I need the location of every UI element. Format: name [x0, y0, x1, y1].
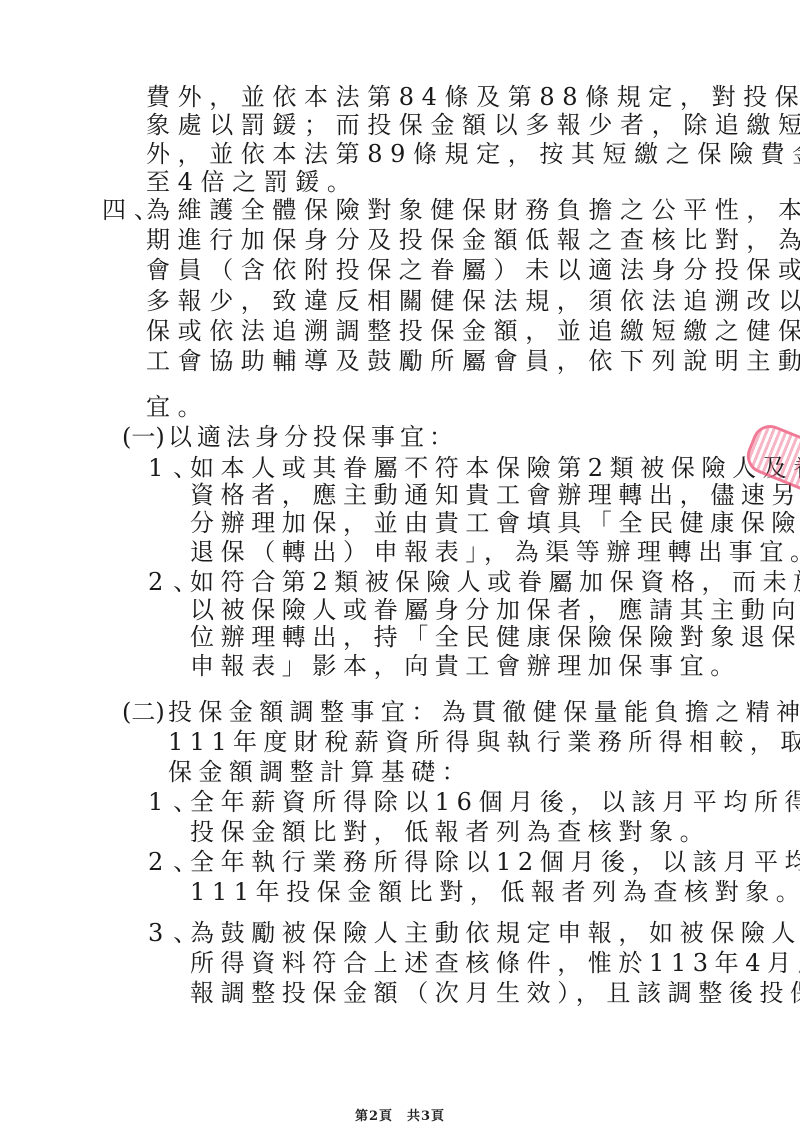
subsection-2-line: 111年度財稅薪資所得與執行業務所得相較，取大者為投 — [168, 727, 800, 757]
item-line: 分辦理加保，並由貴工會填具「全民健康保險保險對象 — [190, 508, 800, 538]
section-4-line: 保或依法追溯調整投保金額，並追繳短繳之健保費，敬請貴 — [146, 316, 800, 346]
section-4-line: 多報少，致違反相關健保法規，須依法追溯改以適法身分投 — [146, 286, 800, 316]
item-line: 以被保險人或眷屬身分加保者，應請其主動向原投保單 — [190, 595, 800, 625]
item-line: 報調整投保金額（次月生效），且該調整後投保金額不 — [190, 978, 800, 1008]
section-4-line: 工會協助輔導及鼓勵所屬會員，依下列說明主動辦理相關事 — [146, 346, 800, 376]
page-number-footer: 第2頁 共3頁 — [0, 1105, 800, 1124]
paragraph-line: 費外，並依本法第84條及第88條規定，對投保單位及保險對 — [146, 82, 800, 112]
subsection-2-label: (二) — [122, 697, 165, 727]
paragraph-line: 象處以罰鍰；而投保金額以多報少者，除追繳短繳之保險費 — [146, 110, 800, 140]
item-line: 申報表」影本，向貴工會辦理加保事宜。 — [190, 651, 741, 681]
paragraph-line: 至4倍之罰鍰。 — [146, 167, 358, 197]
item-line: 全年執行業務所得除以12個月後，以該月平均所得與 — [190, 847, 800, 877]
section-4-line: 會員（含依附投保之眷屬）未以適法身分投保或投保金額以 — [146, 255, 800, 285]
item-line: 為鼓勵被保險人主動依規定申報，如被保險人111年度 — [190, 918, 800, 948]
item-line: 投保金額比對，低報者列為查核對象。 — [190, 817, 710, 847]
item-line: 111年投保金額比對，低報者列為查核對象。 — [190, 877, 800, 907]
item-line: 如符合第2類被保險人或眷屬加保資格，而未於貴工會 — [190, 567, 800, 597]
section-4-line: 宜。 — [146, 392, 209, 422]
subsection-1-label: (一) — [122, 422, 165, 452]
item-line: 退保（轉出）申報表」，為渠等辦理轉出事宜。 — [190, 537, 800, 567]
section-4-line: 期進行加保身分及投保金額低報之查核比對，為避免貴工會 — [146, 225, 800, 255]
item-line: 資格者，應主動通知貴工會辦理轉出，儘速另以適法身 — [190, 480, 800, 510]
section-4-line: 為維護全體保險對象健保財務負擔之公平性，本署須依法定 — [146, 195, 800, 225]
subsection-1-title: 以適法身分投保事宜： — [168, 422, 458, 452]
item-line: 所得資料符合上述查核條件，惟於113年4月底前主動申 — [190, 948, 800, 978]
paragraph-line: 外，並依本法第89條規定，按其短繳之保險費金額處以2倍 — [146, 139, 800, 169]
item-line: 如本人或其眷屬不符本保險第2類被保險人及眷屬加保 — [190, 453, 800, 483]
item-line: 全年薪資所得除以16個月後，以該月平均所得與111年 — [190, 787, 800, 817]
subsection-2-line: 保金額調整計算基礎： — [168, 757, 472, 787]
subsection-2-line: 投保金額調整事宜：為貫徹健保量能負擔之精神，將以 — [168, 697, 800, 727]
item-line: 位辦理轉出，持「全民健康保險保險對象退保（轉出） — [190, 622, 800, 652]
